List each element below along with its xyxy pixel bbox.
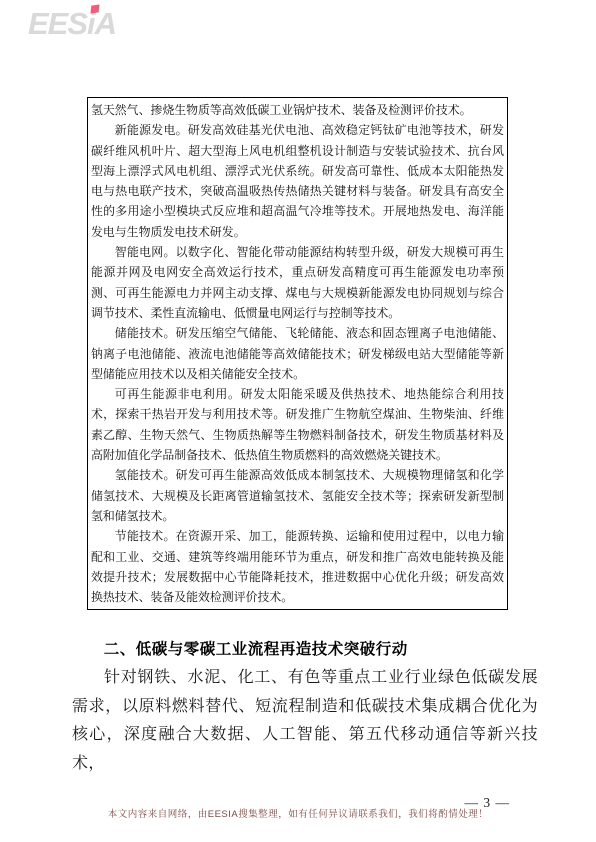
technology-text-box: 氢天然气、掺烧生物质等高效低碳工业锅炉技术、装备及检测评价技术。 新能源发电。研… [87,97,508,610]
paragraph-new-energy-power: 新能源发电。研发高效硅基光伏电池、高效稳定钙钛矿电池等技术，研发碳纤维风机叶片、… [91,120,504,242]
footer-disclaimer: 本文内容来自网络，由EESIA搜集整理，如有任何异议请联系我们，我们将酌情处理！ [0,806,596,820]
paragraph-hydrogen: 氢能技术。研发可再生能源高效低成本制氢技术、大规模物理储氢和化学储氢技术、大规模… [91,465,504,526]
eesia-logo: EESiA [28,4,116,48]
logo-i-dot-accent-icon [90,4,99,13]
document-page: EESiA 氢天然气、掺烧生物质等高效低碳工业锅炉技术、装备及检测评价技术。 新… [0,0,596,842]
logo-text-prefix: EES [28,6,87,41]
section-heading: 二、低碳与零碳工业流程再造技术突破行动 [72,637,538,659]
paragraph-renewable-non-power: 可再生能源非电利用。研发太阳能采暖及供热技术、地热能综合利用技术，探索干热岩开发… [91,384,504,465]
section-paragraph: 针对钢铁、水泥、化工、有色等重点工业行业绿色低碳发展需求，以原料燃料替代、短流程… [72,664,538,778]
section-content: 二、低碳与零碳工业流程再造技术突破行动 针对钢铁、水泥、化工、有色等重点工业行业… [0,610,596,811]
paragraph-boiler-continuation: 氢天然气、掺烧生物质等高效低碳工业锅炉技术、装备及检测评价技术。 [91,100,504,120]
paragraph-energy-saving: 节能技术。在资源开采、加工，能源转换、运输和使用过程中，以电力输配和工业、交通、… [91,526,504,607]
paragraph-smart-grid: 智能电网。以数字化、智能化带动能源结构转型升级，研发大规模可再生能源并网及电网安… [91,242,504,323]
paragraph-energy-storage: 储能技术。研发压缩空气储能、飞轮储能、液态和固态锂离子电池储能、钠离子电池储能、… [91,323,504,384]
